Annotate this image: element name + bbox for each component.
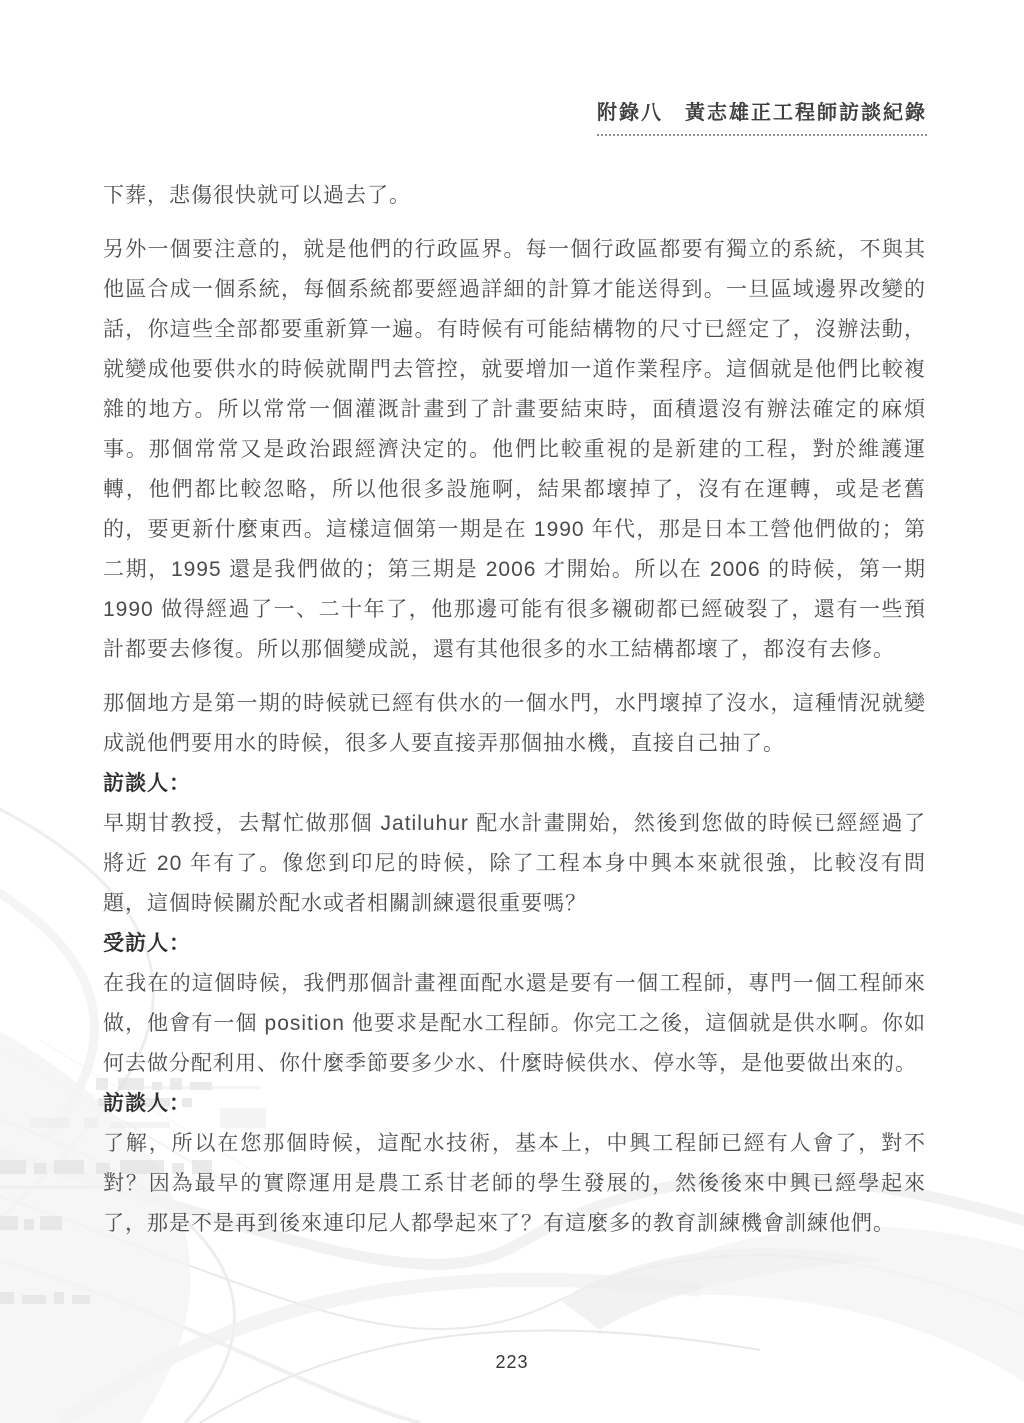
- speaker-label-interviewer: 訪談人：: [103, 1084, 926, 1124]
- speaker-label-interviewer: 訪談人：: [103, 764, 926, 804]
- running-head: 附錄八 黃志雄正工程師訪談紀錄: [597, 96, 927, 136]
- paragraph: 另外一個要注意的，就是他們的行政區界。每一個行政區都要有獨立的系統，不與其他區合…: [103, 230, 926, 670]
- paragraph: 那個地方是第一期的時候就已經有供水的一個水門，水門壞掉了沒水，這種情況就變成説他…: [103, 684, 926, 764]
- paragraph: 在我在的這個時候，我們那個計畫裡面配水還是要有一個工程師，專門一個工程師來做，他…: [103, 964, 926, 1084]
- page-number: 223: [0, 1352, 1024, 1373]
- book-page: 附錄八 黃志雄正工程師訪談紀錄 下葬，悲傷很快就可以過去了。 另外一個要注意的，…: [0, 0, 1024, 1423]
- speaker-label-interviewee: 受訪人：: [103, 924, 926, 964]
- paragraph: 早期甘教授，去幫忙做那個 Jatiluhur 配水計畫開始，然後到您做的時候已經…: [103, 804, 926, 924]
- paragraph: 下葬，悲傷很快就可以過去了。: [103, 176, 926, 216]
- paragraph: 了解，所以在您那個時候，這配水技術，基本上，中興工程師已經有人會了，對不對？因為…: [103, 1124, 926, 1244]
- chapter-title: 附錄八 黃志雄正工程師訪談紀錄: [597, 96, 927, 136]
- body-text: 下葬，悲傷很快就可以過去了。 另外一個要注意的，就是他們的行政區界。每一個行政區…: [103, 176, 926, 1244]
